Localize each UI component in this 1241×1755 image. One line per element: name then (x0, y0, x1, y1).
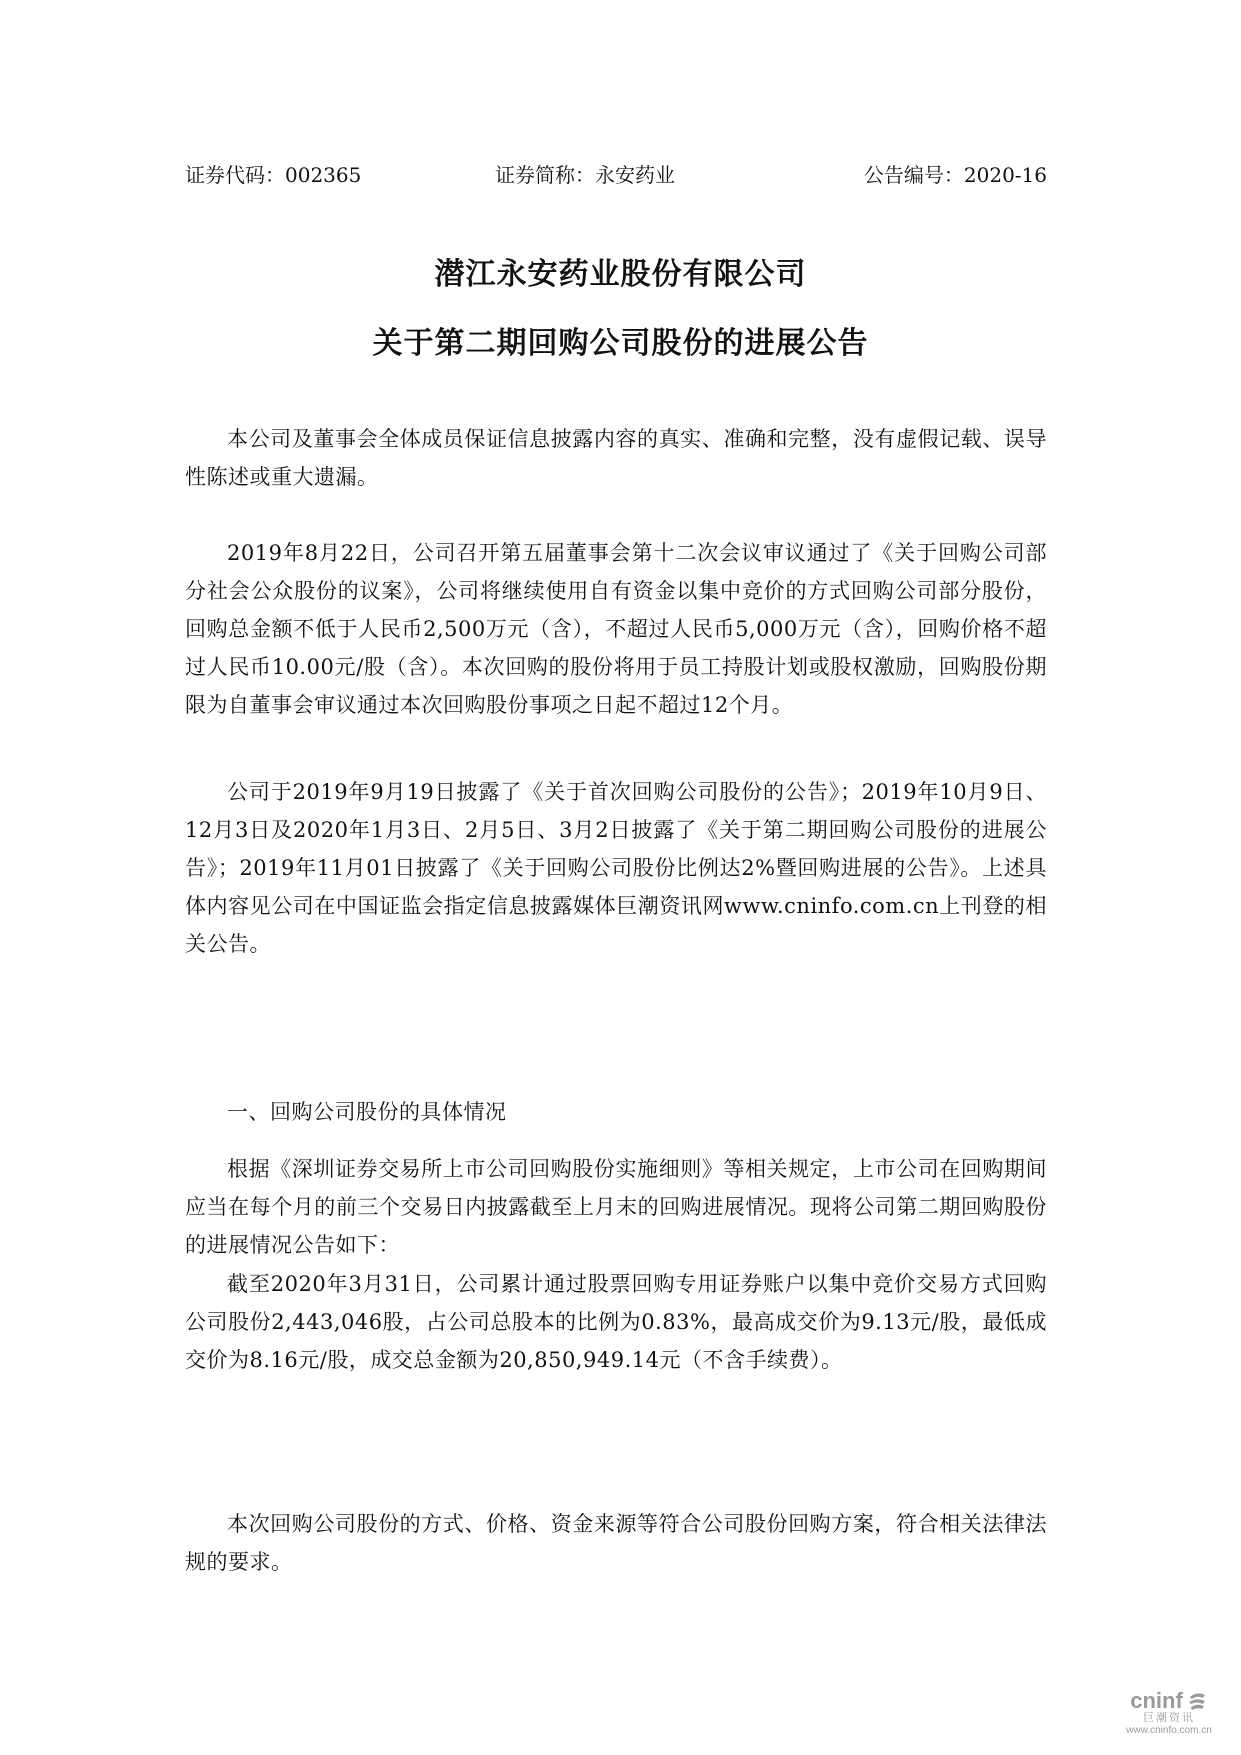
security-abbreviation: 证券简称：永安药业 (495, 160, 675, 190)
company-name-title: 潜江永安药业股份有限公司 (0, 255, 1241, 295)
document-header: 证券代码：002365 证券简称：永安药业 公告编号：2020-16 (185, 160, 1047, 190)
compliance-paragraph: 本次回购公司股份的方式、价格、资金来源等符合公司股份回购方案，符合相关法律法规的… (185, 1505, 1047, 1581)
board-resolution-paragraph: 2019年8月22日，公司召开第五届董事会第十二次会议审议通过了《关于回购公司部… (185, 534, 1047, 724)
cninfo-logo-icon (1186, 1691, 1208, 1711)
section-heading: 一、回购公司股份的具体情况 (185, 1093, 1047, 1131)
watermark-url: www.cninfo.com.cn (1109, 1725, 1229, 1737)
watermark-brand: cninf (1130, 1690, 1183, 1712)
disclosure-rules-paragraph: 根据《深圳证券交易所上市公司回购股份实施细则》等相关规定，上市公司在回购期间应当… (185, 1150, 1047, 1264)
watermark-logo-row: cninf (1109, 1690, 1229, 1712)
document-page: 证券代码：002365 证券简称：永安药业 公告编号：2020-16 潜江永安药… (0, 0, 1241, 1755)
announcement-number: 公告编号：2020-16 (864, 160, 1047, 190)
watermark-chinese-name: 巨潮资讯 (1109, 1712, 1229, 1725)
prior-disclosures-paragraph: 公司于2019年9月19日披露了《关于首次回购公司股份的公告》；2019年10月… (185, 773, 1047, 963)
security-code: 证券代码：002365 (185, 160, 361, 190)
cninfo-watermark: cninf 巨潮资讯 www.cninfo.com.cn (1109, 1690, 1229, 1737)
announcement-title: 关于第二期回购公司股份的进展公告 (0, 324, 1241, 364)
disclaimer-paragraph: 本公司及董事会全体成员保证信息披露内容的真实、准确和完整，没有虚假记载、误导性陈… (185, 420, 1047, 496)
buyback-status-paragraph: 截至2020年3月31日，公司累计通过股票回购专用证券账户以集中竞价交易方式回购… (185, 1265, 1047, 1379)
